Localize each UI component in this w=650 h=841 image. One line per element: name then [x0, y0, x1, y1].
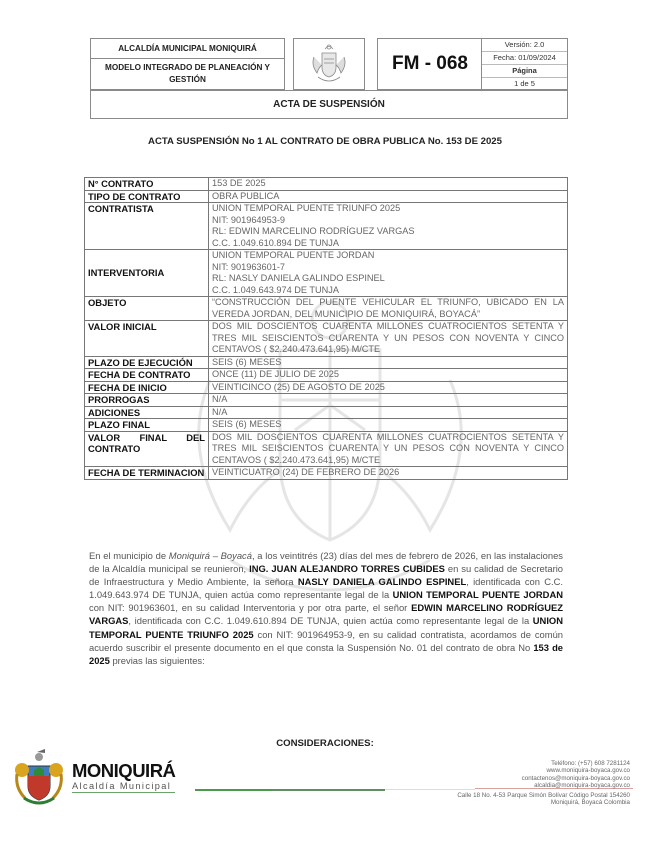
row-value: VEINTICINCO (25) DE AGOSTO DE 2025 — [209, 381, 568, 394]
row-value-line: RL: EDWIN MARCELINO RODRÍGUEZ VARGAS — [212, 226, 564, 238]
row-label: CONTRATISTA — [85, 203, 209, 250]
footer-website[interactable]: www.moniquira-boyaca.gov.co — [522, 767, 630, 774]
row-value-line: C.C. 1.049.610.894 DE TUNJA — [212, 238, 564, 250]
considerations-heading: CONSIDERACIONES: — [0, 738, 650, 749]
row-value-line: OBRA PUBLICA — [212, 191, 564, 203]
row-value-line: C.C. 1.049.643.974 DE TUNJA — [212, 285, 564, 297]
row-label: PLAZO FINAL — [85, 419, 209, 432]
row-value-line: NIT: 901964953-9 — [212, 215, 564, 227]
row-value-line: VEINTICINCO (25) DE AGOSTO DE 2025 — [212, 382, 564, 394]
brand-subtitle: Alcaldía Municipal — [72, 781, 175, 793]
row-value: OBRA PUBLICA — [209, 190, 568, 203]
row-label: OBJETO — [85, 297, 209, 321]
row-label: VALOR INICIAL — [85, 321, 209, 357]
row-value-line: UNION TEMPORAL PUENTE JORDAN — [212, 250, 564, 262]
footer-address: Calle 18 No. 4-53 Parque Simón Bolívar C… — [457, 792, 630, 807]
footer-phone: Teléfono: (+57) 608 7281124 — [522, 760, 630, 767]
table-row: FECHA DE CONTRATOONCE (11) DE JULIO DE 2… — [85, 369, 568, 382]
row-value-line: 153 DE 2025 — [212, 178, 564, 190]
table-row: TIPO DE CONTRATOOBRA PUBLICA — [85, 190, 568, 203]
footer-email-alcaldia[interactable]: alcaldia@moniquira-boyaca.gov.co — [522, 782, 630, 789]
table-row: FECHA DE INICIOVEINTICINCO (25) DE AGOST… — [85, 381, 568, 394]
municipal-shield-icon — [14, 748, 64, 810]
row-value-line: RL: NASLY DANIELA GALINDO ESPINEL — [212, 273, 564, 285]
intro-paragraph: En el municipio de Moniquirá – Boyacá, a… — [89, 549, 563, 667]
footer-divider-grey — [385, 789, 475, 790]
row-label: PLAZO DE EJECUCIÓN — [85, 356, 209, 369]
para-secretary-name: ING. JUAN ALEJANDRO TORRES CUBIDES — [249, 563, 445, 574]
version: Versión: 2.0 — [482, 39, 567, 52]
row-label: INTERVENTORIA — [85, 250, 209, 297]
row-value: DOS MIL DOSCIENTOS CUARENTA MILLONES CUA… — [209, 321, 568, 357]
para-interventor-name: NASLY DANIELA GALINDO ESPINEL — [298, 576, 466, 587]
page-label: Página — [482, 65, 567, 78]
table-row: INTERVENTORIAUNION TEMPORAL PUENTE JORDA… — [85, 250, 568, 297]
document-title: ACTA SUSPENSIÓN No 1 AL CONTRATO DE OBRA… — [0, 136, 650, 147]
para-text: previas las siguientes: — [110, 655, 205, 666]
doc-type: ACTA DE SUSPENSIÓN — [90, 90, 568, 119]
table-row: N° CONTRATO153 DE 2025 — [85, 178, 568, 191]
footer-address-line2: Moniquirá, Boyacá Colombia — [457, 799, 630, 806]
row-value: VEINTICUATRO (24) DE FEBRERO DE 2026 — [209, 467, 568, 480]
row-label: FECHA DE INICIO — [85, 381, 209, 394]
contract-info-table: N° CONTRATO153 DE 2025TIPO DE CONTRATOOB… — [84, 177, 568, 480]
header-org-box: ALCALDÍA MUNICIPAL MONIQUIRÁ MODELO INTE… — [90, 38, 285, 90]
row-label: VALOR FINAL DEL CONTRATO — [85, 431, 209, 467]
row-value: “CONSTRUCCIÓN DEL PUENTE VEHICULAR EL TR… — [209, 297, 568, 321]
para-place: Moniquirá – Boyacá — [169, 550, 252, 561]
row-value-line: ONCE (11) DE JULIO DE 2025 — [212, 369, 564, 381]
row-value: N/A — [209, 406, 568, 419]
row-value-line: SEIS (6) MESES — [212, 357, 564, 369]
footer-divider-green — [272, 789, 385, 791]
row-value-line: N/A — [212, 407, 564, 419]
form-date: Fecha: 01/09/2024 — [482, 52, 567, 65]
row-label: FECHA DE TERMINACION — [85, 467, 209, 480]
header-logo-box — [293, 38, 365, 90]
row-value-line: VEINTICUATRO (24) DE FEBRERO DE 2026 — [212, 467, 564, 479]
table-row: ADICIONESN/A — [85, 406, 568, 419]
brand-name: MONIQUIRÁ — [72, 761, 175, 781]
footer-brand: MONIQUIRÁ Alcaldía Municipal — [72, 761, 175, 793]
table-row: FECHA DE TERMINACIONVEINTICUATRO (24) DE… — [85, 467, 568, 480]
row-value-line: UNION TEMPORAL PUENTE TRIUNFO 2025 — [212, 203, 564, 215]
para-text: , identificada con C.C. 1.049.610.894 DE… — [128, 615, 532, 626]
row-label: N° CONTRATO — [85, 178, 209, 191]
row-value: UNION TEMPORAL PUENTE TRIUNFO 2025NIT: 9… — [209, 203, 568, 250]
row-value: UNION TEMPORAL PUENTE JORDANNIT: 9019636… — [209, 250, 568, 297]
para-text: En el municipio de — [89, 550, 169, 561]
row-label: TIPO DE CONTRATO — [85, 190, 209, 203]
footer-address-line1: Calle 18 No. 4-53 Parque Simón Bolívar C… — [457, 792, 630, 799]
row-value: SEIS (6) MESES — [209, 356, 568, 369]
para-interventoria-org: UNION TEMPORAL PUENTE JORDAN — [393, 589, 563, 600]
page-number: 1 de 5 — [482, 78, 567, 90]
row-value-line: NIT: 901963601-7 — [212, 262, 564, 274]
footer-email-contact[interactable]: contactenos@moniquira-boyaca.gov.co — [522, 775, 630, 782]
coat-of-arms-icon — [310, 43, 348, 85]
row-value: ONCE (11) DE JULIO DE 2025 — [209, 369, 568, 382]
version-box: Versión: 2.0 Fecha: 01/09/2024 Página 1 … — [481, 38, 568, 90]
row-label: PRORROGAS — [85, 394, 209, 407]
footer-contact: Teléfono: (+57) 608 7281124 www.moniquir… — [522, 760, 630, 789]
header-org: ALCALDÍA MUNICIPAL MONIQUIRÁ — [91, 39, 284, 59]
row-value: DOS MIL DOSCIENTOS CUARENTA MILLONES CUA… — [209, 431, 568, 467]
table-row: OBJETO“CONSTRUCCIÓN DEL PUENTE VEHICULAR… — [85, 297, 568, 321]
table-row: VALOR FINAL DEL CONTRATODOS MIL DOSCIENT… — [85, 431, 568, 467]
table-row: CONTRATISTAUNION TEMPORAL PUENTE TRIUNFO… — [85, 203, 568, 250]
header-model: MODELO INTEGRADO DE PLANEACIÓN Y GESTIÓN — [91, 59, 284, 86]
row-value: SEIS (6) MESES — [209, 419, 568, 432]
row-value: N/A — [209, 394, 568, 407]
table-row: VALOR INICIALDOS MIL DOSCIENTOS CUARENTA… — [85, 321, 568, 357]
para-text: con NIT: 901963601, en su calidad Interv… — [89, 602, 411, 613]
row-label: FECHA DE CONTRATO — [85, 369, 209, 382]
row-label: ADICIONES — [85, 406, 209, 419]
row-value: 153 DE 2025 — [209, 178, 568, 191]
row-value-line: N/A — [212, 394, 564, 406]
table-row: PLAZO DE EJECUCIÓNSEIS (6) MESES — [85, 356, 568, 369]
footer-divider-green — [195, 789, 272, 791]
table-row: PLAZO FINALSEIS (6) MESES — [85, 419, 568, 432]
row-value-line: SEIS (6) MESES — [212, 419, 564, 431]
form-code: FM - 068 — [377, 38, 483, 90]
table-row: PRORROGASN/A — [85, 394, 568, 407]
